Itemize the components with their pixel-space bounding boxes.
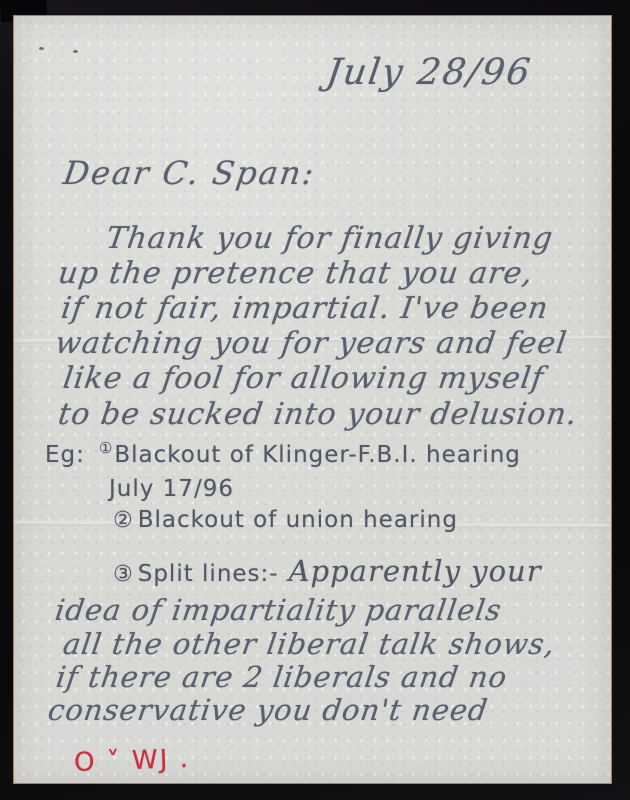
circled-number-2: ② <box>113 508 134 533</box>
example-1-line: Eg:①Blackout of Klinger-F.B.I. hearing <box>45 442 521 468</box>
date-line: July 28/96 <box>324 52 534 93</box>
body-line: Thank you for finally giving <box>104 221 556 256</box>
example-3-body-line: conservative you don't need <box>46 693 490 727</box>
example-3-text: Apparently your <box>289 554 542 588</box>
body-line: if not fair, impartial. I've been <box>59 291 551 326</box>
example-3-line: ③Split lines:-Apparently your <box>113 554 542 588</box>
example-2-text: Blackout of union hearing <box>138 507 458 533</box>
example-1-text: Blackout of Klinger-F.B.I. hearing <box>114 442 521 468</box>
pencil-dot <box>73 50 78 53</box>
example-3-heading: Split lines:- <box>138 561 279 587</box>
body-line: to be sucked into your delusion. <box>56 397 580 432</box>
example-1-date: July 17/96 <box>109 476 234 502</box>
body-line: watching you for years and feel <box>53 326 569 361</box>
example-3-body-line: all the other liberal talk shows, <box>61 627 557 661</box>
circled-number-1: ① <box>99 439 113 457</box>
circled-number-3: ③ <box>113 562 134 587</box>
body-line: up the pretence that you are, <box>56 256 535 291</box>
example-3-body-line: idea of impartiality parallels <box>53 593 504 627</box>
letter-page: July 28/96 Dear C. Span: Thank you for f… <box>13 15 612 784</box>
example-3-body-line: if there are 2 liberals and no <box>54 660 510 694</box>
example-2-line: ②Blackout of union hearing <box>113 507 458 533</box>
examples-intro-label: Eg: <box>45 442 85 468</box>
red-ink-annotation: O ˅ WJ . <box>74 744 191 778</box>
scan-background: July 28/96 Dear C. Span: Thank you for f… <box>0 0 630 800</box>
pencil-dot <box>39 47 44 50</box>
salutation: Dear C. Span: <box>61 154 318 192</box>
body-line: like a fool for allowing myself <box>61 361 546 396</box>
